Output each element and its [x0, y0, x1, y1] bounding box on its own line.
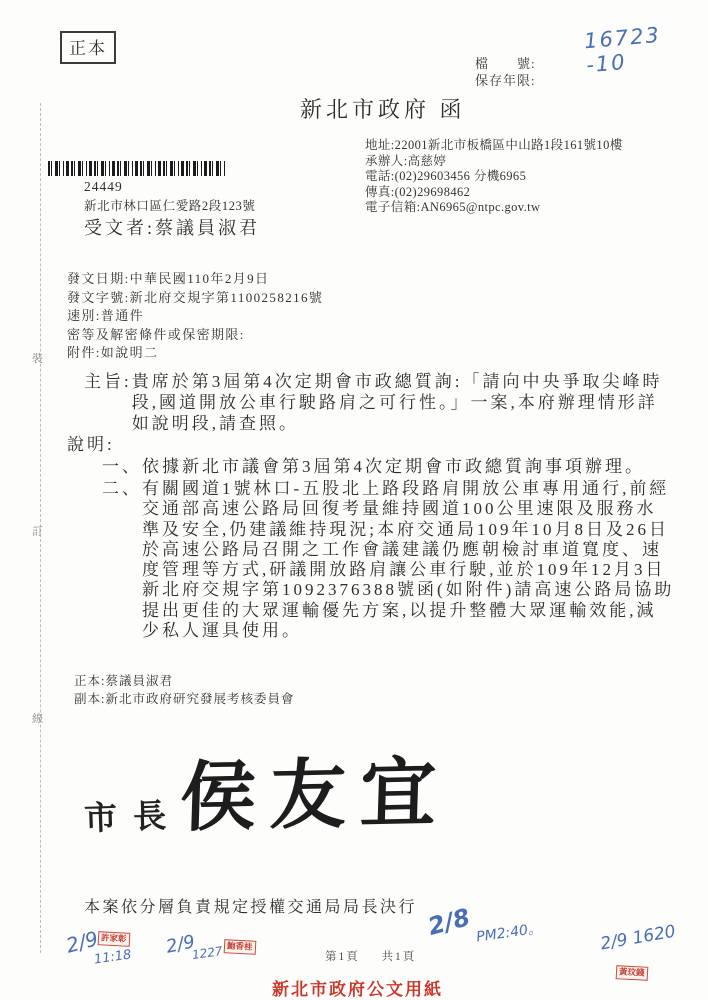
page-number-current: 第1頁 [325, 951, 360, 963]
copy-to-cc: 副本:新北市政府研究發展考核委員會 [74, 689, 294, 707]
subject-label: 主旨: [84, 371, 132, 392]
subject-text: 貴席於第3屆第4次定期會市政總質詢:「請向中央爭取尖峰時段,國道開放公車行駛路肩… [132, 371, 676, 434]
recipient-line: 受文者:蔡議員淑君 [84, 214, 260, 240]
description-label: 說明: [67, 434, 115, 455]
delegation-note: 本案依分層負責規定授權交通局局長決行 [84, 894, 417, 917]
handwritten-time-1: 11:18 [93, 947, 132, 967]
scanned-official-letter: 裝 訂 線 正本 16723 -10 檔 號: 保存年限: 新北市政府 函 地址… [0, 0, 708, 1000]
handwritten-date-time-right: 2/9 1620 [599, 922, 677, 955]
retention-period-label: 保存年限: [475, 72, 536, 89]
binding-marker-ding: 訂 [32, 523, 43, 539]
signer-name-signature: 侯友宜 [179, 755, 451, 837]
file-number-block: 檔 號: 保存年限: [475, 55, 536, 89]
file-number-label: 檔 號: [475, 55, 536, 72]
barcode [48, 161, 225, 176]
signer-title: 市長 [83, 789, 183, 839]
item-1-label: 一、 [102, 457, 142, 477]
meta-security-class: 密等及解密條件或保密期限: [67, 326, 323, 345]
item-1-text: 依據新北市議會第3屆第4次定期會市政總質詢事項辦理。 [142, 457, 676, 477]
document-meta-block: 發文日期:中華民國110年2月9日 發文字號:新北府交規字第1100258216… [67, 270, 323, 363]
handwritten-signature-squiggle: 2/8 [425, 903, 473, 941]
handwritten-time-2: 1227 [191, 944, 223, 962]
approval-annotation-3: 2/8 PM2:40。 [428, 906, 578, 956]
handwritten-reference-number: 16723 -10 [583, 19, 708, 78]
approval-stamp-2: 鮑香桂 [224, 939, 256, 954]
approval-stamp-1: 許家彰 [98, 931, 130, 946]
sender-email: 電子信箱:AN6965@ntpc.gov.tw [365, 200, 623, 216]
page-number-total: 共1頁 [382, 951, 417, 963]
item-2-text: 有關國道1號林口-五股北上路段路肩開放公車專用通行,前經交通部高速公路局回復考量… [142, 479, 676, 641]
approval-stamp-3: 黃玟錢 [616, 965, 648, 980]
copy-label-box: 正本 [60, 31, 116, 64]
paper-type-label: 新北市政府公文用紙 [272, 975, 443, 1000]
subject-paragraph: 主旨: 貴席於第3屆第4次定期會市政總質詢:「請向中央爭取尖峰時段,國道開放公車… [84, 371, 676, 434]
description-item-1: 一、 依據新北市議會第3屆第4次定期會市政總質詢事項辦理。 [102, 457, 676, 477]
binding-marker-zhuang: 裝 [32, 350, 43, 366]
binding-marker-xian: 線 [32, 710, 43, 726]
document-title: 新北市政府 函 [300, 93, 466, 124]
handwritten-time-3: PM2:40。 [475, 918, 543, 947]
approval-annotation-2: 2/9 1227 鮑香桂 [166, 932, 276, 977]
description-item-2: 二、 有關國道1號林口-五股北上路段路肩開放公車專用通行,前經交通部高速公路局回… [102, 479, 676, 641]
meta-speed-class: 速別:普通件 [67, 307, 323, 326]
sender-contact-person: 承辦人:高慈婷 [365, 154, 623, 170]
copy-to-original: 正本:蔡議員淑君 [74, 671, 173, 689]
page-number: 第1頁 共1頁 [325, 948, 416, 964]
sender-fax: 傳真:(02)29698462 [365, 185, 623, 201]
mail-code: 24449 [84, 179, 123, 195]
meta-doc-number: 發文字號:新北府交規字第1100258216號 [67, 289, 323, 308]
meta-issue-date: 發文日期:中華民國110年2月9日 [67, 270, 323, 289]
sender-info-block: 地址:22001新北市板橋區中山路1段161號10樓 承辦人:高慈婷 電話:(0… [365, 138, 623, 216]
sender-phone: 電話:(02)29603456 分機6965 [365, 169, 623, 185]
item-2-label: 二、 [102, 479, 142, 499]
mail-address: 新北市林口區仁愛路2段123號 [84, 196, 256, 214]
sender-address: 地址:22001新北市板橋區中山路1段161號10樓 [365, 138, 623, 154]
meta-attachment: 附件:如說明二 [67, 344, 323, 363]
